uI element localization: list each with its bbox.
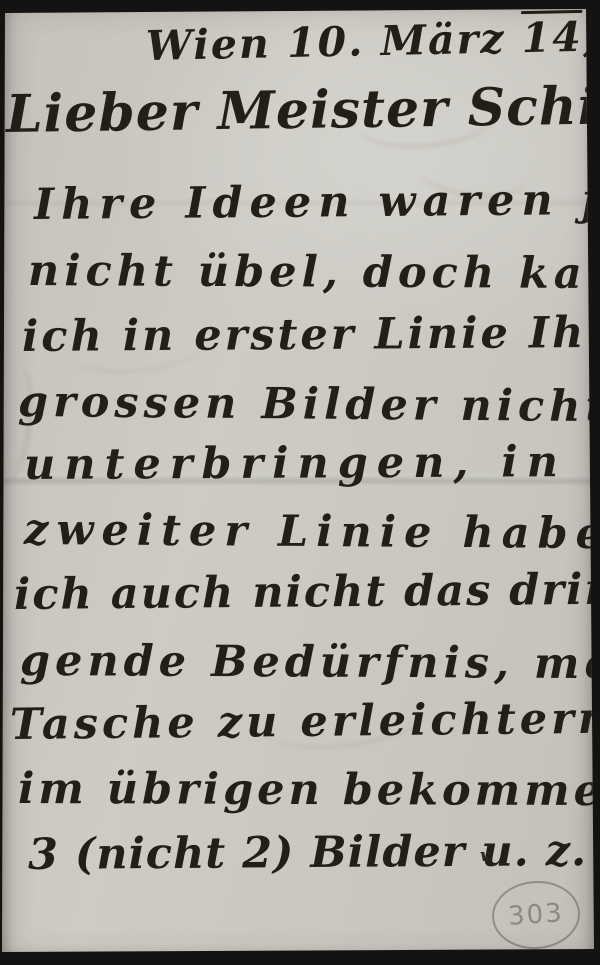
letter-paper: Wien 10. März 14, Lieber Meister Schiele… (0, 0, 600, 965)
letter-line: im übrigen bekomme ich (18, 764, 600, 816)
letter-line: gende Bedürfnis, meine (20, 636, 600, 690)
date-year: 14 (521, 13, 583, 62)
date-prefix: Wien 10. März (145, 14, 522, 70)
letter-line: unterbringen, in (24, 437, 567, 490)
salutation-line: Lieber Meister Schiele! (6, 74, 600, 145)
date-line: Wien 10. März 14, (145, 13, 599, 70)
letter-line: nicht übel, doch kann (28, 246, 600, 299)
date-comma: , (582, 13, 599, 61)
letter-line: grossen Bilder nicht — (18, 377, 600, 433)
letter-line: Tasche zu erleichtern, (10, 693, 600, 750)
check-mark: v (480, 846, 490, 866)
letter-line: zweiter Linie habe (24, 505, 600, 559)
letter-line: 3 (nicht 2) Bilder u. z. (28, 826, 587, 880)
letter-line: ich auch nicht das drin — (14, 564, 600, 620)
circled-inventory-number: 303 (490, 878, 583, 952)
letter-line: ich in erster Linie Ihre (22, 308, 600, 362)
inventory-number: 303 (507, 898, 565, 932)
letter-line: Ihre Ideen waren ja (34, 175, 600, 230)
letter-photograph: Wien 10. März 14, Lieber Meister Schiele… (0, 0, 600, 965)
